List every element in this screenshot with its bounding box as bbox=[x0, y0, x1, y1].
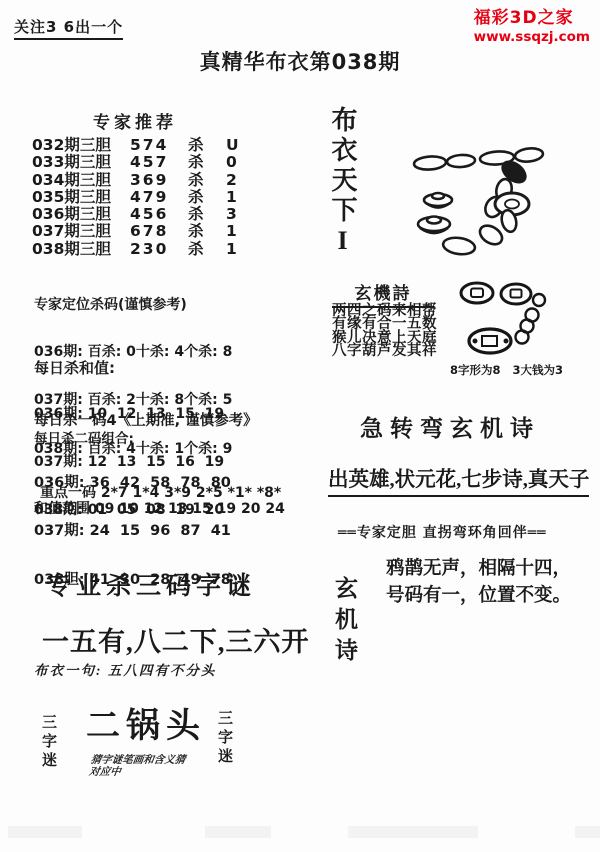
period-cell: 036期三胆 bbox=[32, 206, 130, 223]
kill-label-cell: 杀 bbox=[188, 206, 226, 223]
kill-label-cell: 杀 bbox=[188, 154, 226, 171]
three-char-riddle-answer: 二锅头 bbox=[86, 698, 206, 747]
triple-cell: 369 bbox=[130, 172, 188, 189]
scan-artifact bbox=[348, 826, 478, 838]
expert-row: 037期三胆 678 杀 1 bbox=[32, 223, 246, 240]
kill-label-cell: 杀 bbox=[188, 172, 226, 189]
kill-three-riddle-title: 专业杀三码字谜 bbox=[46, 566, 256, 602]
riddle-caption-line: 猜字谜笔画和含义猜 bbox=[90, 754, 186, 766]
expert-recommend-title: 专家推荐 bbox=[93, 108, 177, 133]
three-char-riddle-label-right: 三字迷 bbox=[214, 710, 235, 767]
scan-artifact bbox=[575, 826, 600, 838]
xuanji-poem-lines: 两四之码来相帮 有缘有合一五数 猴儿决意上天庭 八字葫芦发其祥 bbox=[332, 305, 437, 359]
coin-figure-doodle bbox=[428, 270, 588, 370]
kill-value-cell: 1 bbox=[226, 241, 246, 258]
riddle-caption-line: 对应中 bbox=[88, 766, 184, 778]
triple-cell: 457 bbox=[130, 154, 188, 171]
scan-artifact bbox=[205, 826, 271, 838]
period-cell: 038期三胆 bbox=[32, 241, 130, 258]
expert-row: 032期三胆 574 杀 U bbox=[32, 137, 246, 154]
kill-value-cell: U bbox=[226, 137, 246, 154]
sum-value-range: 和值范围 09 10 12 13 15 19 20 24 bbox=[34, 498, 285, 518]
kill-label-cell: 杀 bbox=[188, 137, 226, 154]
poem-line: 八字葫芦发其祥 bbox=[332, 345, 437, 358]
kill-value-cell: 3 bbox=[226, 206, 246, 223]
kill-label-cell: 杀 bbox=[188, 223, 226, 240]
poem-line: 号码有一，位置不变。 bbox=[386, 583, 571, 610]
kill-label-cell: 杀 bbox=[188, 241, 226, 258]
period-cell: 035期三胆 bbox=[32, 189, 130, 206]
poem-line: 鸦鹊无声，相隔十四， bbox=[386, 556, 571, 583]
xuanji-right-label: 玄机诗 bbox=[328, 576, 361, 669]
scan-artifact bbox=[8, 826, 82, 838]
expert-row: 033期三胆 457 杀 0 bbox=[32, 154, 246, 171]
triple-cell: 479 bbox=[130, 189, 188, 206]
expert-row: 034期三胆 369 杀 2 bbox=[32, 172, 246, 189]
site-logo: 福彩3D之家 www.ssqzj.com bbox=[474, 8, 590, 46]
three-char-riddle-label-left: 三字迷 bbox=[38, 714, 59, 771]
expert-recommend-table: 032期三胆 574 杀 U 033期三胆 457 杀 0 034期三胆 369… bbox=[32, 137, 246, 258]
three-char-riddle-caption: 猜字谜笔画和含义猜 对应中 bbox=[88, 754, 186, 778]
triple-cell: 574 bbox=[130, 137, 188, 154]
period-cell: 037期三胆 bbox=[32, 223, 130, 240]
kill-value-cell: 1 bbox=[226, 223, 246, 240]
sharp-turn-title: 急转弯玄机诗 bbox=[360, 410, 540, 443]
period-cell: 034期三胆 bbox=[32, 172, 130, 189]
page-title: 真精华布衣第038期 bbox=[0, 46, 600, 76]
period-cell: 033期三胆 bbox=[32, 154, 130, 171]
site-logo-url: www.ssqzj.com bbox=[474, 29, 590, 46]
expert-row: 038期三胆 230 杀 1 bbox=[32, 241, 246, 258]
kill-value-cell: 2 bbox=[226, 172, 246, 189]
expert-row: 035期三胆 479 杀 1 bbox=[32, 189, 246, 206]
expert-fix-banner: ══专家定胆 直拐弯环角回伴══ bbox=[338, 522, 547, 542]
sharp-turn-line: 出英雄,状元花,七步诗,真天子 bbox=[328, 462, 589, 497]
kill-label-cell: 杀 bbox=[188, 189, 226, 206]
expert-row: 036期三胆 456 杀 3 bbox=[32, 206, 246, 223]
buyi-one-sentence: 布衣一句: 五八四有不分头 bbox=[34, 659, 216, 679]
triple-cell: 230 bbox=[130, 241, 188, 258]
coin-chain-doodle bbox=[398, 138, 573, 278]
period-cell: 032期三胆 bbox=[32, 137, 130, 154]
scanned-lottery-sheet: 关注3 6出一个 福彩3D之家 www.ssqzj.com 真精华布衣第038期… bbox=[0, 0, 600, 852]
triple-cell: 678 bbox=[130, 223, 188, 240]
kill-three-riddle-line: 一五有,八二下,三六开 bbox=[42, 620, 310, 659]
daily-two-code-row: 037期: 24 15 96 87 41 bbox=[34, 523, 231, 539]
top-note: 关注3 6出一个 bbox=[14, 16, 123, 40]
xuanji-right-lines: 鸦鹊无声，相隔十四， 号码有一，位置不变。 bbox=[386, 556, 571, 610]
coin-doodle-caption: 8字形为8 3大钱为3 bbox=[450, 362, 563, 378]
buyi-tianxia-title: 布衣天下I bbox=[324, 106, 361, 259]
triple-cell: 456 bbox=[130, 206, 188, 223]
site-logo-name: 福彩3D之家 bbox=[474, 8, 590, 29]
kill-value-cell: 1 bbox=[226, 189, 246, 206]
kill-value-cell: 0 bbox=[226, 154, 246, 171]
